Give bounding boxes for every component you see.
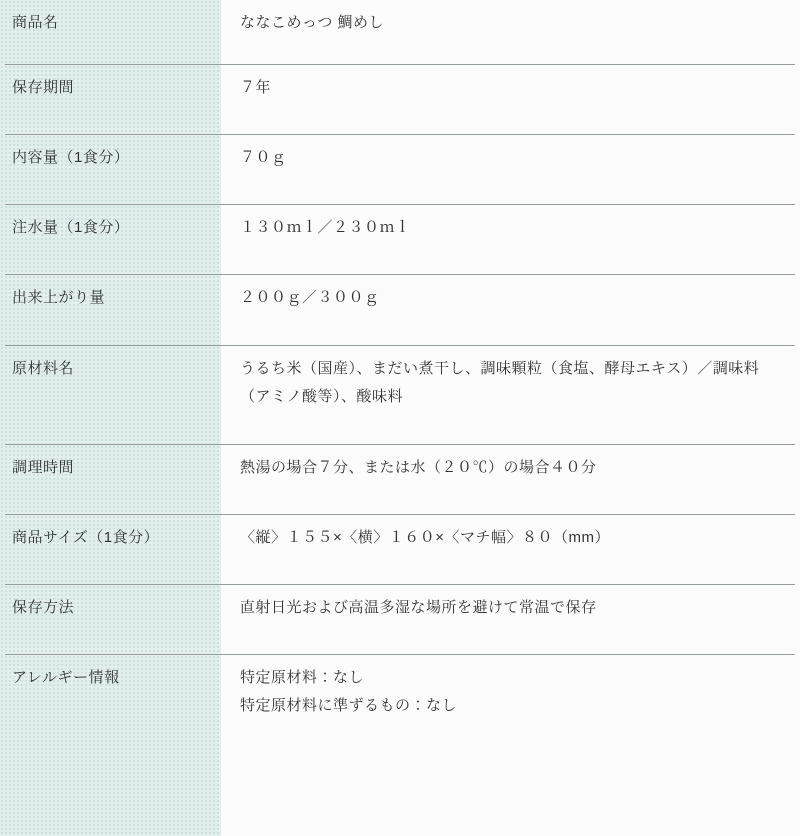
table-row: 保存期間 ７年 bbox=[0, 65, 800, 135]
row-value-line: ななこめっつ 鯛めし bbox=[240, 9, 772, 37]
table-row: 出来上がり量 ２００ｇ／３００ｇ bbox=[0, 275, 800, 346]
row-value-line: 〈縦〉１５５×〈横〉１６０×〈マチ幅〉８０（mm） bbox=[240, 524, 772, 552]
row-value-line: ７０ｇ bbox=[240, 144, 772, 172]
row-value-line: 特定原材料：なし bbox=[240, 664, 772, 692]
table-row: 内容量（1食分） ７０ｇ bbox=[0, 135, 800, 205]
row-label: 保存方法 bbox=[0, 585, 221, 655]
row-value: ななこめっつ 鯛めし bbox=[221, 0, 800, 65]
row-value: ７０ｇ bbox=[221, 135, 800, 205]
row-value: 熱湯の場合７分、または水（２０℃）の場合４０分 bbox=[221, 445, 800, 515]
table-row: 保存方法 直射日光および高温多湿な場所を避けて常温で保存 bbox=[0, 585, 800, 655]
row-value: ２００ｇ／３００ｇ bbox=[221, 275, 800, 346]
row-value-line: 特定原材料に準ずるもの：なし bbox=[240, 692, 772, 720]
table-row: 商品サイズ（1食分） 〈縦〉１５５×〈横〉１６０×〈マチ幅〉８０（mm） bbox=[0, 515, 800, 585]
row-label: 原材料名 bbox=[0, 346, 221, 445]
row-label: 商品名 bbox=[0, 0, 221, 65]
row-label: アレルギー情報 bbox=[0, 655, 221, 836]
row-value-line: ２００ｇ／３００ｇ bbox=[240, 284, 772, 312]
row-value: 特定原材料：なし特定原材料に準ずるもの：なし bbox=[221, 655, 800, 836]
table-row: 商品名 ななこめっつ 鯛めし bbox=[0, 0, 800, 65]
table-row: 注水量（1食分） １３０ｍｌ／２３０ｍｌ bbox=[0, 205, 800, 275]
row-value: １３０ｍｌ／２３０ｍｌ bbox=[221, 205, 800, 275]
row-value-line: 直射日光および高温多湿な場所を避けて常温で保存 bbox=[240, 594, 772, 622]
row-label: 保存期間 bbox=[0, 65, 221, 135]
row-value-line: うるち米（国産）、まだい煮干し、調味顆粒（食塩、酵母エキス）／調味料（アミノ酸等… bbox=[240, 355, 772, 411]
row-label: 注水量（1食分） bbox=[0, 205, 221, 275]
row-label: 調理時間 bbox=[0, 445, 221, 515]
row-label: 内容量（1食分） bbox=[0, 135, 221, 205]
table-row: 調理時間 熱湯の場合７分、または水（２０℃）の場合４０分 bbox=[0, 445, 800, 515]
product-spec-table: 商品名 ななこめっつ 鯛めし 保存期間 ７年 内容量（1食分） ７０ｇ 注水量（… bbox=[0, 0, 800, 836]
table-row: 原材料名 うるち米（国産）、まだい煮干し、調味顆粒（食塩、酵母エキス）／調味料（… bbox=[0, 346, 800, 445]
row-value-line: １３０ｍｌ／２３０ｍｌ bbox=[240, 214, 772, 242]
table-row: アレルギー情報 特定原材料：なし特定原材料に準ずるもの：なし bbox=[0, 655, 800, 836]
row-value: うるち米（国産）、まだい煮干し、調味顆粒（食塩、酵母エキス）／調味料（アミノ酸等… bbox=[221, 346, 800, 445]
row-value: ７年 bbox=[221, 65, 800, 135]
row-value: 直射日光および高温多湿な場所を避けて常温で保存 bbox=[221, 585, 800, 655]
row-value: 〈縦〉１５５×〈横〉１６０×〈マチ幅〉８０（mm） bbox=[221, 515, 800, 585]
row-value-line: 熱湯の場合７分、または水（２０℃）の場合４０分 bbox=[240, 454, 772, 482]
row-label: 出来上がり量 bbox=[0, 275, 221, 346]
row-label: 商品サイズ（1食分） bbox=[0, 515, 221, 585]
row-value-line: ７年 bbox=[240, 74, 772, 102]
